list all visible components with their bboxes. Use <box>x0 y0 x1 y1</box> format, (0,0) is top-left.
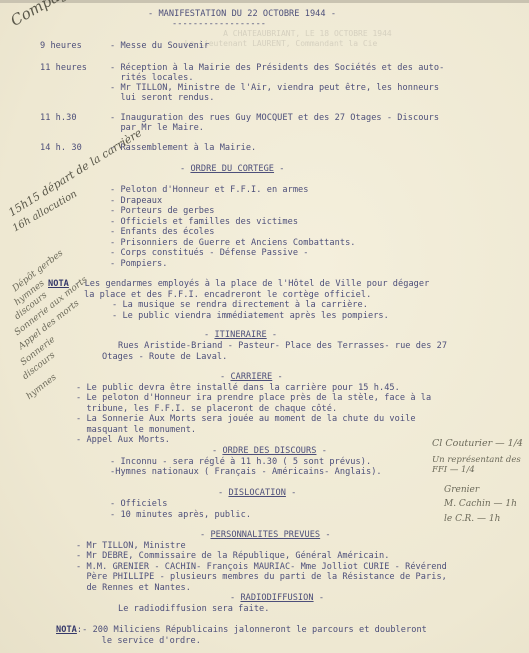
cortege-item: - Enfants des écoles <box>110 227 214 237</box>
schedule-item: - Réception à la Mairie des Présidents d… <box>110 63 444 73</box>
cortege-item: - Corps constitués - Défense Passive - <box>110 248 309 258</box>
cortege-item: - Porteurs de gerbes <box>110 206 214 216</box>
handwritten-note: Compagnie <box>9 0 89 27</box>
handwritten-note: Grenier <box>444 485 479 495</box>
personnalites-line: - Mr TILLON, Ministre <box>76 541 186 551</box>
itineraire-line: Otages - Route de Laval. <box>102 352 227 362</box>
personnalites-line: - M.M. GRENIER - CACHIN- François MAURIA… <box>76 562 447 572</box>
nota-line: le service d'ordre. <box>86 636 201 646</box>
cortege-item: - Prisonniers de Guerre et Anciens Comba… <box>110 238 356 248</box>
cortege-heading: - ORDRE DU CORTEGE - <box>180 164 285 174</box>
discours-line: -Hymnes nationaux ( Français - Américain… <box>110 467 382 477</box>
schedule-item: - Inauguration des rues Guy MOCQUET et d… <box>110 113 439 123</box>
personnalites-line: Père PHILLIPE - plusieurs membres du par… <box>76 572 447 582</box>
carriere-line: tribune, les F.F.I. se placeront de chaq… <box>76 404 337 414</box>
schedule-item: - Messe du Souvenir <box>110 41 209 51</box>
personnalites-line: de Rennes et Nantes. <box>76 583 191 593</box>
carriere-line: - Le peloton d'Honneur ira prendre place… <box>76 393 431 403</box>
personnalites-line: - Mr DEBRE, Commissaire de la République… <box>76 551 389 561</box>
radiodiffusion-line: Le radiodiffusion sera faite. <box>118 604 270 614</box>
schedule-item: par Mr le Maire. <box>110 123 204 133</box>
document-title: - MANIFESTATION DU 22 OCTOBRE 1944 - <box>148 9 336 19</box>
nota-note: NOTA - Les gendarmes employés à la place… <box>48 279 429 289</box>
handwritten-note: le C.R. — 1h <box>444 514 500 524</box>
schedule-item: rités locales. <box>110 73 194 83</box>
handwritten-note: M. Cachin — 1h <box>444 499 517 509</box>
cortege-item: - Drapeaux <box>110 196 162 206</box>
cortege-item: - Peloton d'Honneur et F.F.I. en armes <box>110 185 309 195</box>
radiodiffusion-heading: - RADIODIFFUSION - <box>230 593 324 603</box>
cortege-item: - Officiels et familles des victimes <box>110 217 298 227</box>
title-rule: ------------------ <box>172 19 266 29</box>
itineraire-line: Rues Aristide-Briand - Pasteur- Place de… <box>118 341 447 351</box>
handwritten-note: Cl Couturier — 1/4 <box>432 439 523 449</box>
carriere-heading: - CARRIERE - <box>220 372 283 382</box>
schedule-item: lui seront rendus. <box>110 93 214 103</box>
nota-line: la place et des F.F.I. encadreront le co… <box>84 290 371 300</box>
schedule-time: 11 heures <box>40 63 87 73</box>
itineraire-heading: - ITINERAIRE - <box>204 330 277 340</box>
discours-line: - Inconnu - sera réglé à 11 h.30 ( 5 son… <box>110 457 371 467</box>
dislocation-line: - 10 minutes après, public. <box>110 510 251 520</box>
dislocation-line: - Officiels <box>110 499 167 509</box>
carriere-line: masquant le monument. <box>76 425 196 435</box>
nota-note: NOTA:- 200 Miliciens Républicains jalonn… <box>56 625 427 635</box>
schedule-item: - Mr TILLON, Ministre de l'Air, viendra … <box>110 83 439 93</box>
dislocation-heading: - DISLOCATION - <box>218 488 296 498</box>
carriere-line: - La Sonnerie Aux Morts sera jouée au mo… <box>76 414 416 424</box>
nota-line: - La musique se rendra directement à la … <box>112 300 368 310</box>
discours-heading: - ORDRE DES DISCOURS - <box>212 446 327 456</box>
schedule-time: 11 h.30 <box>40 113 77 123</box>
nota-line: - Le public viendra immédiatement après … <box>112 311 389 321</box>
carriere-line: - Le public devra être installé dans la … <box>76 383 400 393</box>
handwritten-note: Un représentant des FFI — 1/4 <box>432 455 527 475</box>
carriere-line: - Appel Aux Morts. <box>76 435 170 445</box>
schedule-time: 9 heures <box>40 41 82 51</box>
document-page: A CHATEAUBRIANT, LE 18 OCTOBRE 1944 Le L… <box>0 0 529 653</box>
cortege-item: - Pompiers. <box>110 259 167 269</box>
personnalites-heading: - PERSONNALITES PREVUES - <box>200 530 331 540</box>
schedule-time: 14 h. 30 <box>40 143 82 153</box>
